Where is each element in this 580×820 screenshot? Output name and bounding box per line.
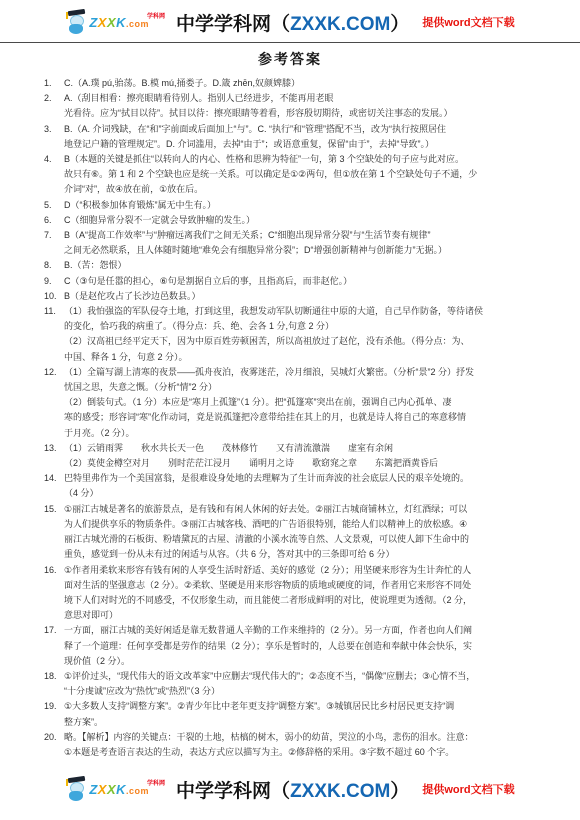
logo-letter: Z <box>89 15 97 30</box>
answer-text: A.（刮目相看：擦亮眼睛看待别人。指别人已经进步，不能再用老眼 光看待。应为“拭… <box>64 91 546 121</box>
answer-number: 20. <box>44 730 64 760</box>
answer-text: ①丽江古城是著名的旅游景点，是有钱和有闲人休闲的好去处。②丽江古城商铺林立，灯红… <box>64 502 546 563</box>
answer-number: 5. <box>44 198 64 213</box>
answer-item-16: 16.①作者用柔软来形容有钱有闲的人享受生活时舒适、美好的感觉（2 分）；用坚硬… <box>44 563 546 624</box>
answer-number: 6. <box>44 213 64 228</box>
zxxk-logo-text: ZXXK.com学科网 <box>89 15 163 30</box>
logo-letter: K <box>116 782 126 797</box>
zxxk-logo-footer[interactable]: ZXXK.com学科网 <box>65 776 163 802</box>
answer-text: C（细胞异常分裂不一定就会导致肿瘤的发生。） <box>64 213 546 228</box>
site-title-suffix: ） <box>390 14 409 35</box>
answer-item-2: 2.A.（刮目相看：擦亮眼睛看待别人。指别人已经进步，不能再用老眼 光看待。应为… <box>44 91 546 121</box>
page-title: 参考答案 <box>0 49 580 69</box>
answer-item-4: 4.B（本题的关键是抓住“以转向人的内心、性格和思辨为特征”一句，第 3 个空缺… <box>44 152 546 198</box>
answer-text: 一方面，丽江古城的美好闲适是靠无数普通人辛勤的工作来维持的（2 分）。另一方面，… <box>64 623 546 669</box>
answer-number: 11. <box>44 304 64 365</box>
answer-item-20: 20.略。【解析】内容的关键点：干裂的土地，枯槁的树木，弱小的幼苗，哭泣的小鸟，… <box>44 730 546 760</box>
answer-item-3: 3.B.（A. 介词残缺，在“和”字前面或后面加上“与”。C. “执行”和“管理… <box>44 122 546 152</box>
site-title-suffix: ） <box>390 781 409 802</box>
answer-number: 7. <box>44 228 64 258</box>
answer-item-15: 15.①丽江古城是著名的旅游景点，是有钱和有闲人休闲的好去处。②丽江古城商铺林立… <box>44 502 546 563</box>
logo-letter: .com <box>126 786 149 796</box>
answer-text: B.（A. 介词残缺，在“和”字前面或后面加上“与”。C. “执行”和“管理”搭… <box>64 122 546 152</box>
answer-text: ①评价过头，“现代伟大的语文改革家”中应删去“现代伟大的”；②态度不当，“偶像”… <box>64 669 546 699</box>
site-title-prefix: 中学学科网（ <box>176 14 290 35</box>
answer-item-8: 8.B.（苦：怨恨） <box>44 258 546 273</box>
answer-item-14: 14.巴特里弗作为一个美国富翁，是很难设身处地的去理解为了生计而奔波的社会底层人… <box>44 471 546 501</box>
page: { "header": { "logo": { "z": "Z", "x1": … <box>0 0 580 820</box>
answer-item-6: 6.C（细胞异常分裂不一定就会导致肿瘤的发生。） <box>44 213 546 228</box>
answer-text: ①作者用柔软来形容有钱有闲的人享受生活时舒适、美好的感觉（2 分）；用坚硬来形容… <box>64 563 546 624</box>
answer-number: 13. <box>44 441 64 471</box>
word-download-link[interactable]: 提供word文档下载 <box>422 14 514 30</box>
answer-number: 19. <box>44 699 64 729</box>
site-title-domain: ZXXK.COM <box>290 14 390 35</box>
answer-number: 4. <box>44 152 64 198</box>
logo-letter: X <box>107 15 116 30</box>
answer-text: C.（A.璞 pú,骀荡。B.模 mú,捅娄子。D.箴 zhēn,奴颜婢膝） <box>64 76 546 91</box>
logo-letter: X <box>107 782 116 797</box>
logo-badge: 学科网 <box>147 778 165 787</box>
site-title-prefix: 中学学科网（ <box>176 781 290 802</box>
answer-item-19: 19.①大多数人支持“调整方案”。②青少年比中老年更支持“调整方案”。③城镇居民… <box>44 699 546 729</box>
site-title-link-footer[interactable]: 中学学科网（ZXXK.COM） <box>176 776 409 803</box>
answer-text: B.（苦：怨恨） <box>64 258 546 273</box>
answer-text: ①大多数人支持“调整方案”。②青少年比中老年更支持“调整方案”。③城镇居民比乡村… <box>64 699 546 729</box>
word-download-link-footer[interactable]: 提供word文档下载 <box>422 781 514 797</box>
answer-item-13: 13.（1）云销雨霁 秋水共长天一色 茂林修竹 又有清流激湍 虚室有余闲 （2）… <box>44 441 546 471</box>
answer-item-9: 9.C（③句是任嚣的担心，⑥句是割据自立后的事，且指高后，而非赵佗。） <box>44 274 546 289</box>
site-title-link[interactable]: 中学学科网（ZXXK.COM） <box>176 9 409 36</box>
answer-number: 12. <box>44 365 64 441</box>
header-banner: ZXXK.com学科网 中学学科网（ZXXK.COM） 提供word文档下载 <box>0 0 580 42</box>
answer-text: B（本题的关键是抓住“以转向人的内心、性格和思辨为特征”一句，第 3 个空缺处的… <box>64 152 546 198</box>
graduate-mascot-icon <box>65 776 87 802</box>
answer-item-10: 10.B（是赵佗攻占了长沙边邑数县。） <box>44 289 546 304</box>
answer-text: 巴特里弗作为一个美国富翁，是很难设身处地的去理解为了生计而奔波的社会底层人民的艰… <box>64 471 546 501</box>
graduate-mascot-icon <box>65 9 87 35</box>
answer-text: （1）云销雨霁 秋水共长天一色 茂林修竹 又有清流激湍 虚室有余闲 （2）莫使金… <box>64 441 546 471</box>
answer-text: D（“积极参加体育锻炼”属无中生有。） <box>64 198 546 213</box>
logo-letter: .com <box>126 19 149 29</box>
answer-text: C（③句是任嚣的担心，⑥句是割据自立后的事，且指高后，而非赵佗。） <box>64 274 546 289</box>
answer-number: 2. <box>44 91 64 121</box>
answer-number: 14. <box>44 471 64 501</box>
logo-letter: Z <box>89 782 97 797</box>
zxxk-logo-text: ZXXK.com学科网 <box>89 782 163 797</box>
answer-number: 10. <box>44 289 64 304</box>
logo-badge: 学科网 <box>147 11 165 20</box>
answer-item-17: 17.一方面，丽江古城的美好闲适是靠无数普通人辛勤的工作来维持的（2 分）。另一… <box>44 623 546 669</box>
answer-item-18: 18.①评价过头，“现代伟大的语文改革家”中应删去“现代伟大的”；②态度不当，“… <box>44 669 546 699</box>
answer-number: 17. <box>44 623 64 669</box>
logo-letter: K <box>116 15 126 30</box>
answer-number: 1. <box>44 76 64 91</box>
answer-item-1: 1.C.（A.璞 pú,骀荡。B.模 mú,捅娄子。D.箴 zhēn,奴颜婢膝） <box>44 76 546 91</box>
answer-text: （1）全篇写湖上清寒的夜景——孤舟夜泊，夜雾迷茫，冷月细浪，吴城灯火繁密。（分析… <box>64 365 546 441</box>
answer-item-11: 11.（1）我怕强盗的军队侵夺土地，打到这里，我想发动军队切断通往中原的大道，自… <box>44 304 546 365</box>
answer-number: 9. <box>44 274 64 289</box>
zxxk-logo[interactable]: ZXXK.com学科网 <box>65 9 163 35</box>
answer-text: B（是赵佗攻占了长沙边邑数县。） <box>64 289 546 304</box>
answer-number: 8. <box>44 258 64 273</box>
site-title-domain: ZXXK.COM <box>290 781 390 802</box>
logo-letter: X <box>98 15 107 30</box>
answer-text: （1）我怕强盗的军队侵夺土地，打到这里，我想发动军队切断通往中原的大道，自己早作… <box>64 304 546 365</box>
logo-letter: X <box>98 782 107 797</box>
footer-banner: ZXXK.com学科网 中学学科网（ZXXK.COM） 提供word文档下载 <box>0 767 580 809</box>
answer-text: 略。【解析】内容的关键点：干裂的土地，枯槁的树木，弱小的幼苗，哭泣的小鸟，悲伤的… <box>64 730 546 760</box>
answer-item-12: 12.（1）全篇写湖上清寒的夜景——孤舟夜泊，夜雾迷茫，冷月细浪，吴城灯火繁密。… <box>44 365 546 441</box>
answer-text: B（A“提高工作效率”与“肿瘤远离我们”之间无关系；C“细胞出现异常分裂”与“生… <box>64 228 546 258</box>
answer-number: 18. <box>44 669 64 699</box>
answer-item-7: 7.B（A“提高工作效率”与“肿瘤远离我们”之间无关系；C“细胞出现异常分裂”与… <box>44 228 546 258</box>
answer-number: 15. <box>44 502 64 563</box>
answer-item-5: 5.D（“积极参加体育锻炼”属无中生有。） <box>44 198 546 213</box>
answer-list: 1.C.（A.璞 pú,骀荡。B.模 mú,捅娄子。D.箴 zhēn,奴颜婢膝）… <box>0 76 580 760</box>
answer-number: 16. <box>44 563 64 624</box>
header-divider <box>0 42 580 43</box>
answer-number: 3. <box>44 122 64 152</box>
